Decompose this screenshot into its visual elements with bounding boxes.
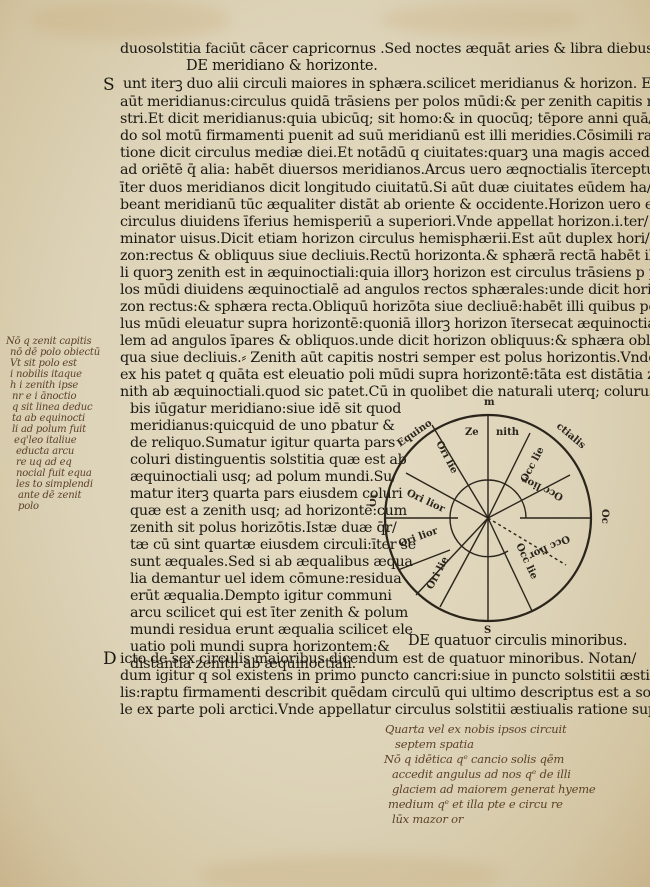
text-line: stri.Et dicit meridianus:quia ubicūq; si… bbox=[120, 111, 650, 128]
horizon-circle-diagram: m S Or Oc Equino ctialis Ze nith Ori lie… bbox=[370, 385, 620, 635]
label-occ-lior-lower: Occ lior bbox=[526, 532, 571, 561]
text-line: tione dicit circulus mediæ diei.Et notād… bbox=[120, 145, 650, 162]
text-line: zon rectus:& sphæra recta.Obliquū horizō… bbox=[120, 299, 650, 316]
handwritten-line: lūx mazor or bbox=[392, 812, 463, 827]
text-line: do sol motū firmamenti puenit ad suū mer… bbox=[120, 128, 650, 145]
paper-stain bbox=[200, 855, 500, 887]
handwritten-line: i nobilis itaque bbox=[10, 369, 82, 380]
handwritten-line: glaciem ad maiorem generat hyeme bbox=[392, 782, 596, 797]
text-line: īter duos meridianos dicit longitudo ciu… bbox=[120, 180, 650, 197]
text-line: zon:rectus & obliquus siue decliuis.Rect… bbox=[120, 248, 650, 265]
handwritten-line: ante dē zenit bbox=[18, 490, 81, 501]
text-line: circulus diuidens īferius hemisperiū a s… bbox=[120, 214, 648, 231]
text-line: zenith sit polus horizōtis.Istæ duæ q̄r/ bbox=[130, 520, 397, 537]
handwritten-line: medium qᵉ et illa pte e circu re bbox=[388, 797, 563, 812]
text-line: lis:raptu firmamenti describit quēdam ci… bbox=[120, 685, 650, 702]
text-line: coluri distinguentis solstitia quæ est a… bbox=[130, 452, 407, 469]
text-line: arcu scilicet qui est īter zenith & polu… bbox=[130, 605, 408, 622]
label-ze: Ze bbox=[465, 427, 479, 438]
label-left: Or bbox=[370, 492, 379, 507]
label-ori-lie-lower: Ori lie bbox=[425, 555, 451, 591]
paper-stain bbox=[380, 5, 580, 35]
text-line: matur iterꝫ quarta pars eiusdem coluri bbox=[130, 486, 402, 503]
inner-arc-lower bbox=[450, 518, 508, 557]
text-line: lem ad angulos īpares & obliquos.unde di… bbox=[120, 333, 650, 350]
handwritten-line: re uq ad eq bbox=[16, 457, 72, 468]
text-line: li quorꝫ zenith est in æquinoctiali:quia… bbox=[120, 265, 650, 282]
initial-letter-s: S bbox=[103, 75, 115, 95]
section-heading-meridiano: DE meridiano & horizonte. bbox=[186, 58, 378, 75]
handwritten-line: les to simplendi bbox=[16, 479, 93, 490]
text-line: lus mūdi eleuatur supra horizontē:quoniā… bbox=[120, 316, 650, 333]
text-line: de reliquo.Sumatur igitur quarta pars bbox=[130, 435, 395, 452]
section-heading-quatuor-circulis: DE quatuor circulis minoribus. bbox=[408, 633, 627, 650]
text-line: bis iūgatur meridiano:siue idē sit quod bbox=[130, 401, 401, 418]
handwritten-line: nocial fuit equa bbox=[16, 468, 92, 479]
handwritten-line: eq'leo italiue bbox=[14, 435, 77, 446]
text-line: beant meridianū tūc æqualiter distāt ab … bbox=[120, 197, 650, 214]
handwritten-line: Quarta vel ex nobis ipsos circuit bbox=[385, 722, 566, 737]
text-line: dum igitur q sol existens in primo punct… bbox=[120, 668, 650, 685]
label-ori-lior-lower: Ori lior bbox=[397, 525, 440, 550]
text-line: minator uisus.Dicit etiam horizon circul… bbox=[120, 231, 650, 248]
label-ctialis: ctialis bbox=[554, 421, 588, 452]
text-line: los mūdi diuidens æquinoctialē ad angulo… bbox=[120, 282, 650, 299]
handwritten-line: nō dē polo obiectū bbox=[10, 347, 100, 358]
label-right: Oc bbox=[599, 509, 610, 524]
handwritten-line: li ad polum fuit bbox=[12, 424, 86, 435]
text-line: icto de sex circulis maioribus dicendum … bbox=[120, 651, 636, 668]
handwritten-line: educta arcu bbox=[16, 446, 74, 457]
text-line: ex his patet q quāta est eleuatio poli m… bbox=[120, 367, 650, 384]
initial-letter-d: D bbox=[103, 649, 117, 669]
text-line: le ex parte poli arctici.Vnde appellatur… bbox=[120, 702, 650, 719]
text-line: aūt meridianus:circulus quidā trāsiens p… bbox=[120, 94, 650, 111]
paper-stain bbox=[30, 0, 230, 40]
handwritten-line: septem spatia bbox=[395, 737, 474, 752]
text-line: lia demantur uel idem cōmune:residua bbox=[130, 571, 401, 588]
top-continuation-line: duosolstitia faciūt cācer capricornus .S… bbox=[120, 41, 650, 58]
text-line: quæ est a zenith usq; ad horizontē:cum bbox=[130, 503, 407, 520]
handwritten-line: polo bbox=[18, 501, 39, 512]
text-line: ad oriētē q̄ alia: habēt diuersos meridi… bbox=[120, 162, 650, 179]
handwritten-line: ta ab equinocti bbox=[12, 413, 85, 424]
handwritten-line: nr e i ānoctio bbox=[12, 391, 76, 402]
label-nith: nith bbox=[496, 427, 520, 438]
handwritten-line: Nō q zenit capitis bbox=[6, 336, 91, 347]
handwritten-line: h i zenith ipse bbox=[10, 380, 78, 391]
handwritten-line: q sit linea deduc bbox=[12, 402, 92, 413]
text-line: unt iterꝫ duo alii circuli maiores in sp… bbox=[123, 76, 650, 93]
text-line: erūt æqualia.Dempto igitur communi bbox=[130, 588, 392, 605]
handwritten-line: Nō q idētica qᵉ cancio solis qēm bbox=[384, 752, 564, 767]
text-line: æquinoctiali usq; ad polum mundi.Su/ bbox=[130, 469, 397, 486]
handwritten-line: accedit angulus ad nos qᵉ de illi bbox=[392, 767, 571, 782]
label-top: m bbox=[484, 397, 495, 408]
handwritten-line: Vt sit polo est bbox=[10, 358, 77, 369]
text-line: qua siue decliuis.⸗ Zenith aūt capitis n… bbox=[120, 350, 650, 367]
text-line: meridianus:quicquid de uno pbatur & bbox=[130, 418, 395, 435]
